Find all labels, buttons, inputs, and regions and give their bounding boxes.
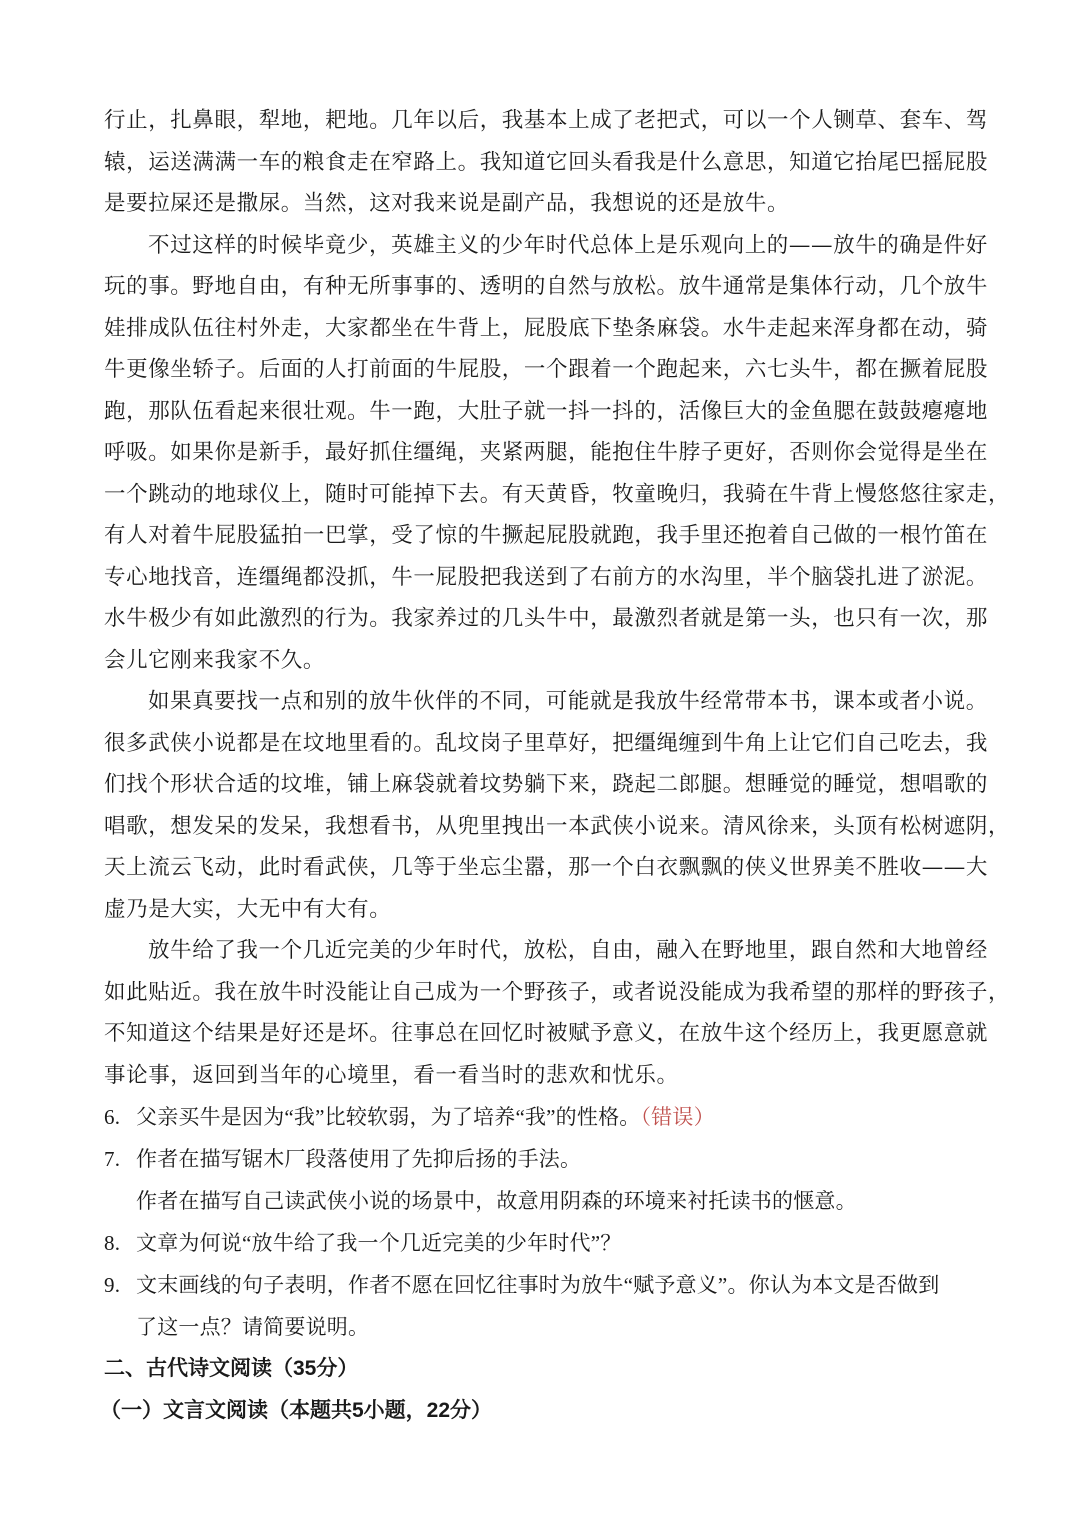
passage-paragraph-4: 放牛给了我一个几近完美的少年时代，放松，自由，融入在野地里，跟自然和大地曾经 如… [104,930,976,1096]
question-9: 9.文末画线的句子表明，作者不愿在回忆往事时为放牛“赋予意义”。你认为本文是否做… [104,1264,976,1306]
text-line: 事论事，返回到当年的心境里，看一看当时的悲欢和忧乐。 [104,1055,976,1097]
text-line: 水牛极少有如此激烈的行为。我家养过的几头牛中，最激烈者就是第一头，也只有一次，那 [104,598,976,640]
question-7-continued: 作者在描写自己读武侠小说的场景中，故意用阴森的环境来衬托读书的惬意。 [104,1180,976,1222]
question-9-continued: 了这一点？请简要说明。 [104,1306,976,1348]
question-text: 作者在描写锯木厂段落使用了先抑后扬的手法。 [136,1147,581,1171]
answer-mark: （错误） [640,1105,714,1129]
text-line: 是要拉屎还是撒尿。当然，这对我来说是副产品，我想说的还是放牛。 [104,183,976,225]
document-page: 行止，扎鼻眼，犁地，耙地。几年以后，我基本上成了老把式，可以一个人铡草、套车、驾… [104,100,976,1432]
question-list: 6.父亲买牛是因为“我”比较软弱，为了培养“我”的性格。（错误） 7.作者在描写… [104,1096,976,1348]
passage-paragraph-3: 如果真要找一点和别的放牛伙伴的不同，可能就是我放牛经常带本书，课本或者小说。 很… [104,681,976,930]
text-line: 专心地找音，连缰绳都没抓，牛一屁股把我送到了右前方的水沟里，半个脑袋扎进了淤泥。 [104,557,976,599]
question-text: 父亲买牛是因为“我”比较软弱，为了培养“我”的性格。 [136,1105,640,1129]
text-line: 有人对着牛屁股猛拍一巴掌，受了惊的牛撅起屁股就跑，我手里还抱着自己做的一根竹笛在 [104,515,976,557]
question-text: 文章为何说“放牛给了我一个几近完美的少年时代”？ [136,1231,621,1255]
question-text: 文末画线的句子表明，作者不愿在回忆往事时为放牛“赋予意义”。你认为本文是否做到 [136,1273,939,1297]
text-line: 玩的事。野地自由，有种无所事事的、透明的自然与放松。放牛通常是集体行动，几个放牛 [104,266,976,308]
question-number: 7. [104,1138,136,1180]
text-line: 跑，那队伍看起来很壮观。牛一跑，大肚子就一抖一抖的，活像巨大的金鱼腮在鼓鼓瘪瘪地 [104,391,976,433]
question-6: 6.父亲买牛是因为“我”比较软弱，为了培养“我”的性格。（错误） [104,1096,976,1138]
text-line: 天上流云飞动，此时看武侠，几等于坐忘尘嚣，那一个白衣飘飘的侠义世界美不胜收——大 [104,847,976,889]
text-line: 不过这样的时候毕竟少，英雄主义的少年时代总体上是乐观向上的——放牛的确是件好 [104,225,976,267]
text-line: 行止，扎鼻眼，犁地，耙地。几年以后，我基本上成了老把式，可以一个人铡草、套车、驾 [104,100,976,142]
question-number: 8. [104,1222,136,1264]
text-line: 呼吸。如果你是新手，最好抓住缰绳，夹紧两腿，能抱住牛脖子更好，否则你会觉得是坐在 [104,432,976,474]
text-line: 辕，运送满满一车的粮食走在窄路上。我知道它回头看我是什么意思，知道它抬尾巴摇屁股 [104,142,976,184]
text-line: 很多武侠小说都是在坟地里看的。乱坟岗子里草好，把缰绳缠到牛角上让它们自己吃去，我 [104,723,976,765]
text-line: 们找个形状合适的坟堆，铺上麻袋就着坟势躺下来，跷起二郎腿。想睡觉的睡觉，想唱歌的 [104,764,976,806]
text-line: 唱歌，想发呆的发呆，我想看书，从兜里拽出一本武侠小说来。清风徐来，头顶有松树遮阴… [104,806,976,848]
text-line: 牛更像坐轿子。后面的人打前面的牛屁股，一个跟着一个跑起来，六七头牛，都在撅着屁股 [104,349,976,391]
question-8: 8.文章为何说“放牛给了我一个几近完美的少年时代”？ [104,1222,976,1264]
text-line: 会儿它刚来我家不久。 [104,640,976,682]
passage-paragraph-2: 不过这样的时候毕竟少，英雄主义的少年时代总体上是乐观向上的——放牛的确是件好 玩… [104,225,976,682]
question-7: 7.作者在描写锯木厂段落使用了先抑后扬的手法。 [104,1138,976,1180]
question-number: 6. [104,1096,136,1138]
question-text: 作者在描写自己读武侠小说的场景中，故意用阴森的环境来衬托读书的惬意。 [104,1189,857,1213]
question-number: 9. [104,1264,136,1306]
question-text: 了这一点？请简要说明。 [104,1315,369,1339]
text-line: 放牛给了我一个几近完美的少年时代，放松，自由，融入在野地里，跟自然和大地曾经 [104,930,976,972]
text-line: 如此贴近。我在放牛时没能让自己成为一个野孩子，或者说没能成为我希望的那样的野孩子… [104,972,976,1014]
passage-paragraph-1: 行止，扎鼻眼，犁地，耙地。几年以后，我基本上成了老把式，可以一个人铡草、套车、驾… [104,100,976,225]
text-line: 不知道这个结果是好还是坏。往事总在回忆时被赋予意义，在放牛这个经历上，我更愿意就 [104,1013,976,1055]
section-heading: 二、古代诗文阅读（35分） [104,1348,976,1390]
text-line: 娃排成队伍往村外走，大家都坐在牛背上，屁股底下垫条麻袋。水牛走起来浑身都在动，骑 [104,308,976,350]
text-line: 如果真要找一点和别的放牛伙伴的不同，可能就是我放牛经常带本书，课本或者小说。 [104,681,976,723]
subsection-heading: （一）文言文阅读（本题共5小题，22分） [100,1390,976,1432]
text-line: 虚乃是大实，大无中有大有。 [104,889,976,931]
text-line: 一个跳动的地球仪上，随时可能掉下去。有天黄昏，牧童晚归，我骑在牛背上慢悠悠往家走… [104,474,976,516]
